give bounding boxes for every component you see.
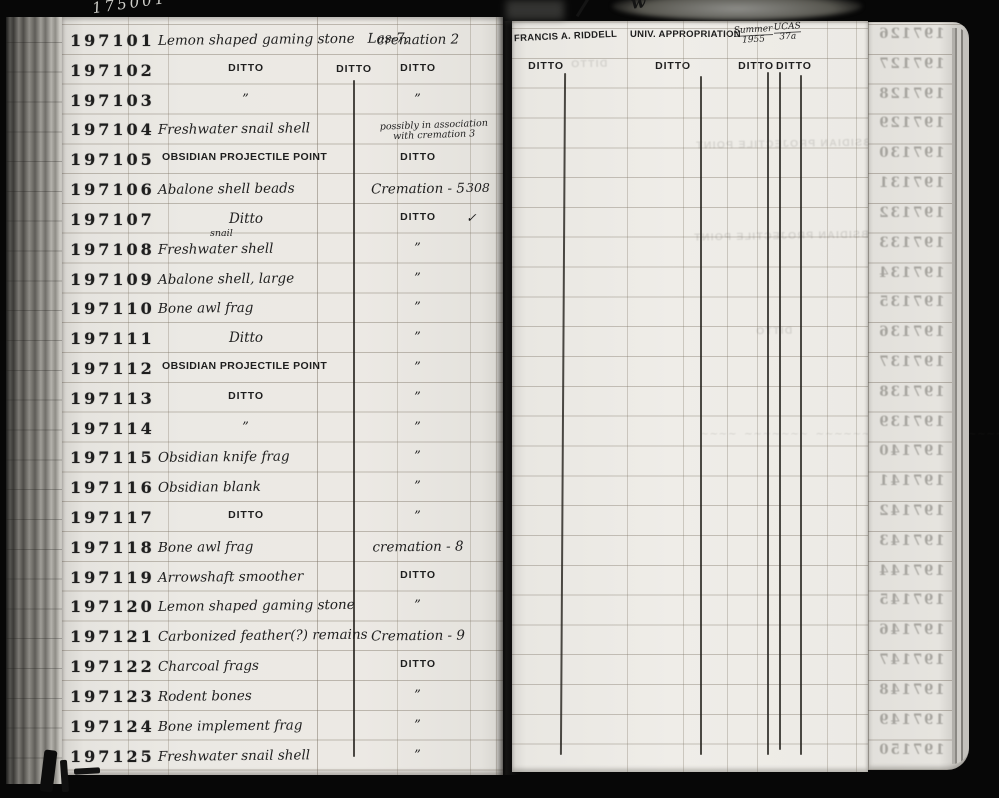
- collector-stamp: FRANCIS A. RIDDELL: [514, 29, 618, 44]
- next-page-edge: 1971261971271971281971291971301971311971…: [868, 22, 969, 770]
- catalog-row: 197102 DITTO DITTO DITTO: [62, 54, 503, 84]
- description-cell: Ditto: [158, 330, 334, 346]
- catalog-row: 197122 Charcoal frags DITTO: [62, 650, 503, 680]
- mirrored-catalog-number: 197136: [875, 324, 947, 354]
- ruled-vline: [727, 20, 728, 772]
- catalog-row: 197108 Freshwater shell snail ”: [62, 233, 503, 263]
- note-cell: ”: [362, 688, 474, 703]
- ditto-stamp: DITTO: [655, 60, 691, 72]
- bleedthrough-hand-line: ~~ ~~~~: [790, 427, 852, 440]
- description-cell: Bone awl frag: [158, 299, 334, 317]
- ruled-vline: [827, 20, 828, 772]
- bleedthrough-stamp: OBSIDIAN PROJECTILE POINT: [693, 228, 878, 243]
- description-cell: Carbonized feather(?) remains: [158, 627, 334, 645]
- catalog-number: 197105: [70, 150, 155, 169]
- mirrored-catalog-number: 197138: [875, 384, 947, 414]
- inserted-word: snail: [210, 228, 233, 239]
- ditto-continuation-line: [779, 72, 781, 750]
- note-cell: DITTO: [362, 658, 474, 670]
- catalog-row: 197120 Lemon shaped gaming stone ”: [62, 590, 503, 620]
- catalog-row: 197119 Arrowshaft smoother DITTO: [62, 561, 503, 591]
- note-cell: ”: [362, 509, 474, 524]
- ruled-vline: [627, 20, 628, 772]
- right-page: FRANCIS A. RIDDELL UNIV. APPROPRIATION S…: [512, 20, 868, 772]
- catalog-row: 197109 Abalone shell, large ”: [62, 263, 503, 293]
- note-cell: ”: [362, 300, 474, 315]
- catalog-row: 197118 Bone awl frag cremation - 8: [62, 531, 503, 561]
- mirrored-catalog-number: 197149: [875, 712, 947, 742]
- catalog-number: 197112: [70, 359, 155, 378]
- catalog-number: 197122: [70, 657, 155, 676]
- bleedthrough-stamp: OBSIDIAN PROJECTILE POINT: [695, 136, 880, 151]
- book-binding-edge: [6, 12, 64, 784]
- note-cell: ”: [362, 420, 474, 435]
- ruled-vline: [757, 20, 758, 772]
- catalog-number: 197110: [70, 299, 155, 318]
- mirrored-catalog-number: 197146: [875, 622, 947, 652]
- catalog-number: 197111: [70, 329, 155, 348]
- left-page: 197101 Lemon shaped gaming stone Las-7, …: [62, 17, 503, 775]
- catalog-row: 197123 Rodent bones ”: [62, 680, 503, 710]
- description-cell: Charcoal frags: [158, 657, 334, 675]
- description-cell: Bone awl frag: [158, 538, 334, 556]
- note-cell: ”: [362, 718, 474, 733]
- mirrored-catalog-number: 197132: [875, 205, 947, 235]
- catalog-row: 197115 Obsidian knife frag ”: [62, 441, 503, 471]
- catalog-number: 197120: [70, 597, 155, 616]
- catalog-number: 197116: [70, 478, 155, 497]
- mirrored-catalog-number: 197135: [875, 294, 947, 324]
- catalog-number: 197104: [70, 120, 155, 139]
- binding-top-glow: [506, 0, 564, 20]
- note-cell: ”: [362, 390, 474, 405]
- mirrored-catalog-number: 197137: [875, 354, 947, 384]
- ditto-continuation-line: [700, 76, 702, 755]
- catalog-number: 197108: [70, 240, 155, 259]
- description-cell: Obsidian knife frag: [158, 448, 334, 466]
- catalog-row: 197106 Abalone shell beads Cremation - 5…: [62, 173, 503, 203]
- note-cell: ”: [362, 598, 474, 613]
- ditto-stamp: DITTO: [738, 60, 774, 72]
- description-cell: OBSIDIAN PROJECTILE POINT: [158, 360, 338, 372]
- mirrored-catalog-number: 197150: [875, 742, 947, 772]
- note-cell: ”: [362, 241, 474, 256]
- description-cell: OBSIDIAN PROJECTILE POINT: [158, 151, 338, 163]
- catalog-number: 197124: [70, 717, 155, 736]
- catalog-row: 197117 DITTO ”: [62, 501, 503, 531]
- mirrored-catalog-number: 197142: [875, 503, 947, 533]
- description-cell: ”: [158, 420, 334, 435]
- bleedthrough-catalog-numbers: 1971261971271971281971291971301971311971…: [875, 26, 947, 771]
- catalog-number: 197121: [70, 627, 155, 646]
- ledger-scan: 197101 Lemon shaped gaming stone Las-7, …: [0, 0, 999, 798]
- catalog-number: 197118: [70, 538, 155, 557]
- mirrored-catalog-number: 197131: [875, 175, 947, 205]
- bleedthrough-hand-line: ~~~~ ~~~~~: [700, 427, 790, 440]
- ditto-stamp: DITTO: [776, 60, 806, 72]
- mirrored-catalog-number: 197126: [875, 26, 947, 56]
- note-cell: Cremation - 5: [362, 180, 474, 197]
- catalog-row: 197101 Lemon shaped gaming stone Las-7, …: [62, 24, 503, 54]
- description-cell: DITTO: [158, 390, 334, 402]
- catalog-row: 197112 OBSIDIAN PROJECTILE POINT ”: [62, 352, 503, 382]
- fund-stamp: UNIV. APPROPRIATION: [630, 29, 741, 40]
- description-cell: ”: [158, 92, 334, 107]
- catalog-number: 197115: [70, 448, 155, 467]
- mirrored-catalog-number: 197139: [875, 414, 947, 444]
- ditto-continuation-line: [560, 73, 566, 755]
- mirrored-catalog-number: 197148: [875, 682, 947, 712]
- catalog-number: 197103: [70, 91, 155, 110]
- catalog-row: 197104 Freshwater snail shell possibly i…: [62, 113, 503, 143]
- description-cell: Ditto: [158, 211, 334, 227]
- description-cell: Abalone shell beads: [158, 180, 334, 198]
- mirrored-catalog-number: 197144: [875, 563, 947, 593]
- ditto-continuation-line: [800, 75, 802, 755]
- note-cell: ”: [362, 748, 474, 763]
- catalog-row: 197107 Ditto DITTO ✓: [62, 203, 503, 233]
- description-cell: DITTO: [158, 62, 334, 74]
- catalog-number: 197123: [70, 687, 155, 706]
- catalog-number: 197117: [70, 508, 155, 527]
- description-cell: Freshwater snail shell: [158, 121, 334, 139]
- note-cell: DITTO: [362, 569, 474, 581]
- mirrored-catalog-number: 197134: [875, 265, 947, 295]
- mirrored-catalog-number: 197133: [875, 235, 947, 265]
- catalog-number: 197119: [70, 568, 155, 587]
- mirrored-catalog-number: 197127: [875, 56, 947, 86]
- note-cell: cremation - 8: [362, 538, 474, 555]
- catalog-number: 197107: [70, 210, 155, 229]
- description-cell: Lemon shaped gaming stone Las-7,: [158, 31, 334, 49]
- description-cell: DITTO: [158, 509, 334, 521]
- catalog-number: 197125: [70, 747, 155, 766]
- extra-cell: ✓: [466, 210, 476, 225]
- mirrored-catalog-number: 197143: [875, 533, 947, 563]
- catalog-row: 197116 Obsidian blank ”: [62, 471, 503, 501]
- catalog-number: 197113: [70, 389, 155, 408]
- catalog-number: 197102: [70, 61, 155, 80]
- catalog-row: 197114 ” ”: [62, 412, 503, 442]
- extra-cell: 308: [466, 180, 490, 195]
- description-cell: Bone implement frag: [158, 717, 334, 735]
- note-cell: Cremation - 9: [362, 628, 474, 645]
- mirrored-catalog-number: 197130: [875, 145, 947, 175]
- note-cell: ”: [362, 360, 474, 375]
- mirrored-catalog-number: 197147: [875, 652, 947, 682]
- description-cell: Rodent bones: [158, 687, 334, 705]
- bleedthrough-ditto: DITTO: [755, 325, 793, 338]
- description-cell: Freshwater snail shell: [158, 747, 334, 765]
- stacked-page-edges: [952, 28, 969, 764]
- note-cell: possibly in association with cremation 3: [362, 119, 491, 142]
- bleedthrough-ditto-ghost: DITTO: [570, 58, 608, 71]
- note-cell: cremation 2: [362, 31, 474, 48]
- catalog-number: 197114: [70, 419, 155, 438]
- mirrored-catalog-number: 197129: [875, 115, 947, 145]
- description-cell: Abalone shell, large: [158, 270, 334, 288]
- catalog-row: 197105 OBSIDIAN PROJECTILE POINT DITTO: [62, 143, 503, 173]
- bleedthrough-handwriting: ~~~~ ~~~~~~~ ~~~~~~~~~ ~~~~~~ ~~~~~~~~~~…: [700, 422, 872, 441]
- catalog-number: 197109: [70, 270, 155, 289]
- catalog-number: 197101: [70, 31, 155, 50]
- date-year: 1955: [742, 34, 765, 45]
- note-cell: ”: [362, 271, 474, 286]
- description-cell: Freshwater shell: [158, 240, 334, 258]
- mirrored-catalog-number: 197128: [875, 86, 947, 116]
- ditto-continuation-line: [767, 72, 769, 755]
- pen-mark: w: [630, 0, 647, 14]
- catalog-row: 197110 Bone awl frag ”: [62, 292, 503, 322]
- note-cell: ”: [362, 330, 474, 345]
- note-cell: DITTO: [362, 211, 474, 223]
- note-cell: DITTO: [362, 151, 474, 163]
- catalog-number: 197106: [70, 180, 155, 199]
- site-number: 37a: [779, 32, 796, 43]
- catalog-row: 197111 Ditto ”: [62, 322, 503, 352]
- catalog-row: 197103 ” ”: [62, 84, 503, 114]
- catalog-row: 197113 DITTO ”: [62, 382, 503, 412]
- note-cell: ”: [362, 92, 474, 107]
- ditto-stamp: DITTO: [528, 60, 564, 72]
- catalog-rows: 197101 Lemon shaped gaming stone Las-7, …: [62, 24, 503, 769]
- mirrored-catalog-number: 197141: [875, 473, 947, 503]
- ruled-vline: [856, 20, 857, 772]
- catalog-row: 197125 Freshwater snail shell ”: [62, 740, 503, 770]
- ruled-vline: [683, 20, 684, 772]
- mirrored-catalog-number: 197145: [875, 592, 947, 622]
- catalog-row: 197124 Bone implement frag ”: [62, 710, 503, 740]
- date-handwriting: Summer1955: [734, 25, 774, 46]
- note-cell: DITTO: [362, 62, 474, 74]
- note-cell: ”: [362, 449, 474, 464]
- mirrored-catalog-number: 197140: [875, 443, 947, 473]
- note-cell: ”: [362, 479, 474, 494]
- site-handwriting: UCAS37a: [774, 22, 802, 42]
- description-cell: Arrowshaft smoother: [158, 568, 334, 586]
- description-cell: Lemon shaped gaming stone: [158, 598, 334, 616]
- catalog-row: 197121 Carbonized feather(?) remains Cre…: [62, 620, 503, 650]
- description-cell: Obsidian blank: [158, 478, 334, 496]
